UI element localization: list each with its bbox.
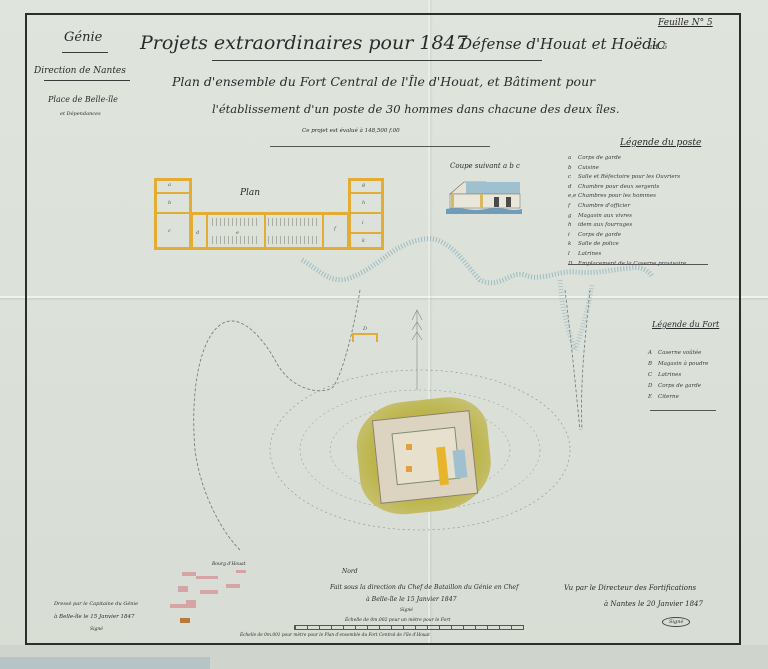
plan-label: Plan xyxy=(240,188,260,198)
site-marker-label: D xyxy=(363,326,367,332)
legend-fort-title: Légende du Fort xyxy=(652,320,719,329)
room-letter: a xyxy=(168,182,171,188)
footer-center-line-2: à Belle-île le 15 Janvier 1847 xyxy=(366,596,457,603)
room-letter: h xyxy=(362,200,365,206)
footer-right-line-2: à Nantes le 20 Janvier 1847 xyxy=(604,600,703,608)
plan-wall xyxy=(154,212,192,214)
footer-left-signature: Signé xyxy=(90,627,103,632)
divider xyxy=(270,146,490,147)
village-label: Bourg d'Houat xyxy=(212,562,246,567)
plan-wall xyxy=(348,212,384,214)
footer-left-line-1: Dressé par le Capitaine du Génie xyxy=(54,601,138,607)
divider xyxy=(62,52,108,53)
subtitle-line-2: l'établissement d'un poste de 30 hommes … xyxy=(212,102,619,116)
legend-item: aCorps de garde xyxy=(568,154,686,164)
estimate-note: Ce projet est évalué à 148,500 f.00 xyxy=(302,128,400,134)
room-letter: c xyxy=(168,228,171,234)
room-letter: b xyxy=(168,200,171,206)
plan-wall xyxy=(348,192,384,194)
legend-item: cSalle et Réfectoire pour les Ouvriers xyxy=(568,173,686,183)
scale-bar xyxy=(294,625,524,630)
legend-item: fChambre d'officier xyxy=(568,202,686,212)
dependencies-label: et Dépendances xyxy=(60,111,101,117)
footer-right-line-1: Vu par le Directeur des Fortifications xyxy=(564,584,696,592)
article-number: art. 5 xyxy=(648,43,667,51)
legend-item: gMagasin aux vivres xyxy=(568,212,686,222)
divider xyxy=(44,80,130,81)
room-letter: g xyxy=(362,182,365,188)
plan-wall xyxy=(154,192,192,194)
legend-item: dChambre pour deux sergents xyxy=(568,183,686,193)
defense-title: Défense d'Houat et Hoëdic xyxy=(460,35,665,53)
provisional-barracks-site xyxy=(352,333,378,342)
building-section-elevation xyxy=(446,180,522,214)
subtitle-line-1: Plan d'ensemble du Fort Central de l'Île… xyxy=(172,74,595,89)
place-label: Place de Belle-île xyxy=(48,95,118,104)
fort-courtyard xyxy=(391,427,460,485)
sheet-number: Feuille N° 5 xyxy=(658,18,713,28)
fort-scale-note: Échelle de 0m.002 pour un mètre pour le … xyxy=(345,618,450,623)
north-label: Nord xyxy=(342,568,358,575)
legend-item: e,eChambres pour les hommes xyxy=(568,192,686,202)
legend-post-title: Légende du poste xyxy=(620,138,701,148)
bed-rack xyxy=(212,218,260,226)
corps-label: Génie xyxy=(64,30,102,45)
direction-label: Direction de Nantes xyxy=(34,66,126,76)
fort-magazine xyxy=(406,444,412,450)
fort-guardhouse xyxy=(406,466,412,472)
scale-bar-caption: Échelle de 0m.001 pour mètre pour le Pla… xyxy=(240,633,430,638)
footer-center-line-1: Fait sous la direction du Chef de Batail… xyxy=(330,584,518,591)
main-title: Projets extraordinaires pour 1847 xyxy=(140,32,468,54)
room-letter: i xyxy=(362,220,364,226)
legend-item: bCuisine xyxy=(568,164,686,174)
scan-background-strip xyxy=(0,645,768,669)
divider xyxy=(212,60,542,61)
footer-center-signature: Signé xyxy=(400,608,413,613)
section-label: Coupe suivant a b c xyxy=(450,162,520,170)
bed-rack xyxy=(268,218,318,226)
footer-left-line-2: à Belle-île le 15 Janvier 1847 xyxy=(54,614,135,620)
